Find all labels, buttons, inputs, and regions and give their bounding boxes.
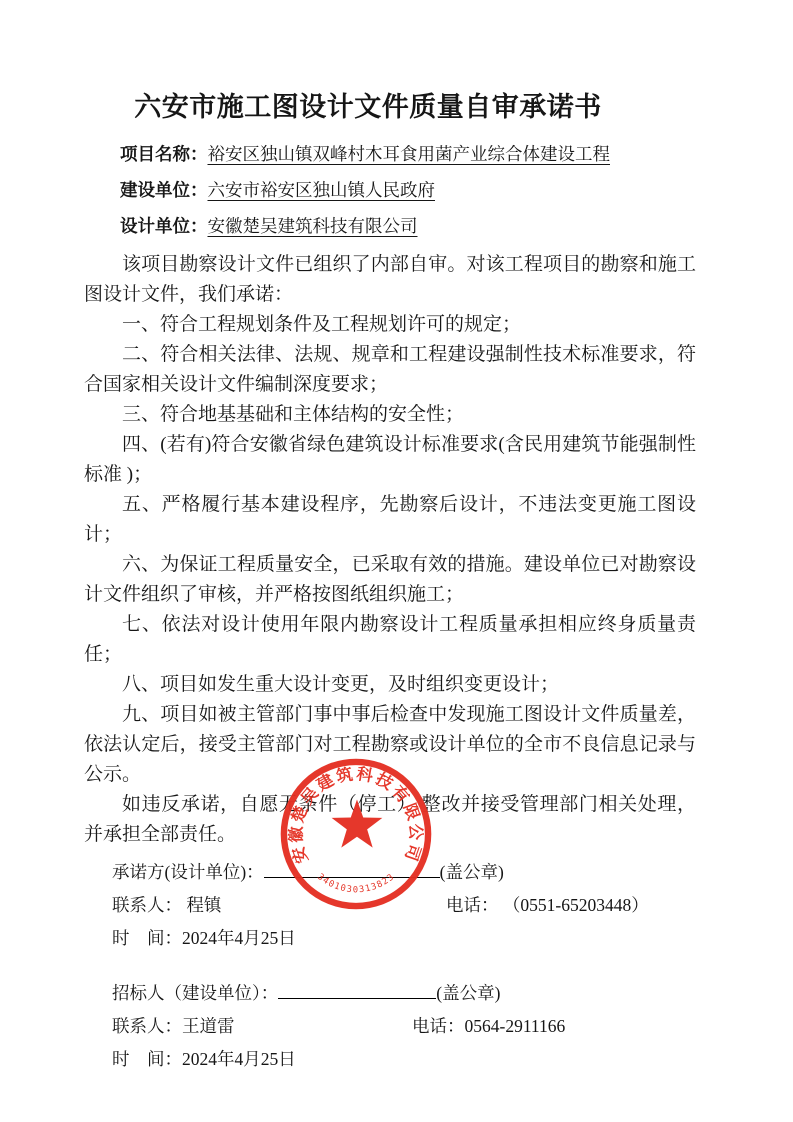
signature-line-label: 招标人（建设单位）： bbox=[112, 983, 278, 1003]
document-page: 六安市施工图设计文件质量自审承诺书 项目名称：裕安区独山镇双峰村木耳食用菌产业综… bbox=[0, 0, 793, 1122]
paragraph-item-7: 七、依法对设计使用年限内勘察设计工程质量承担相应终身质量责任； bbox=[84, 610, 696, 670]
seal-serial-number: 3401030313823 bbox=[315, 872, 397, 895]
paragraph-item-3: 三、符合地基基础和主体结构的安全性； bbox=[84, 400, 696, 430]
contact-person: 联系人： 程镇 bbox=[112, 895, 221, 915]
date-row: 时 间：2024年4月25日 bbox=[84, 1043, 712, 1076]
paragraph-item-4: 四、(若有)符合安徽省绿色建筑设计标准要求(含民用建筑节能强制性标准 )； bbox=[84, 430, 696, 490]
contact-person: 联系人：王道雷 bbox=[112, 1016, 235, 1036]
seal-note: (盖公章) bbox=[440, 862, 504, 882]
seal-star-icon bbox=[332, 799, 383, 847]
signature-block-construction-unit: 招标人（建设单位）：(盖公章) 联系人：王道雷 电话：0564-2911166 … bbox=[84, 977, 712, 1076]
date-value: 时 间：2024年4月25日 bbox=[112, 1049, 296, 1069]
contact-row: 联系人：王道雷 电话：0564-2911166 bbox=[84, 1010, 712, 1043]
signature-line-label: 承诺方(设计单位)： bbox=[112, 862, 264, 882]
paragraph-intro: 该项目勘察设计文件已组织了内部自审。对该工程项目的勘察和施工图设计文件，我们承诺… bbox=[84, 250, 696, 310]
field-label: 建设单位： bbox=[120, 180, 208, 200]
seal-note: (盖公章) bbox=[436, 983, 500, 1003]
paragraph-item-1: 一、符合工程规划条件及工程规划许可的规定； bbox=[84, 310, 696, 340]
signature-line-row: 招标人（建设单位）：(盖公章) bbox=[84, 977, 712, 1010]
field-project-name: 项目名称：裕安区独山镇双峰村木耳食用菌产业综合体建设工程 bbox=[120, 136, 712, 172]
field-label: 设计单位： bbox=[120, 216, 208, 236]
field-value: 六安市裕安区独山镇人民政府 bbox=[208, 180, 436, 200]
paragraph-item-2: 二、符合相关法律、法规、规章和工程建设强制性技术标准要求，符合国家相关设计文件编… bbox=[84, 340, 696, 400]
company-seal-stamp: 安徽楚吴建筑科技有限公司 3401030313823 bbox=[277, 755, 435, 913]
document-content: 六安市施工图设计文件质量自审承诺书 项目名称：裕安区独山镇双峰村木耳食用菌产业综… bbox=[84, 0, 712, 1076]
field-value: 裕安区独山镇双峰村木耳食用菌产业综合体建设工程 bbox=[208, 144, 611, 164]
paragraph-item-5: 五、严格履行基本建设程序，先勘察后设计，不违法变更施工图设计； bbox=[84, 490, 696, 550]
date-row: 时 间：2024年4月25日 bbox=[84, 922, 712, 955]
date-value: 时 间：2024年4月25日 bbox=[112, 928, 296, 948]
svg-text:3401030313823: 3401030313823 bbox=[315, 872, 397, 895]
header-fields: 项目名称：裕安区独山镇双峰村木耳食用菌产业综合体建设工程 建设单位：六安市裕安区… bbox=[84, 136, 712, 244]
signature-blank-line bbox=[278, 978, 436, 999]
field-label: 项目名称： bbox=[120, 144, 208, 164]
contact-phone: 电话：0564-2911166 bbox=[412, 1010, 565, 1043]
contact-phone: 电话： （0551-65203448） bbox=[446, 889, 649, 922]
field-value: 安徽楚吴建筑科技有限公司 bbox=[208, 216, 418, 236]
page-title: 六安市施工图设计文件质量自审承诺书 bbox=[84, 84, 652, 130]
paragraph-item-6: 六、为保证工程质量安全，已采取有效的措施。建设单位已对勘察设计文件组织了审核，并… bbox=[84, 550, 696, 610]
field-construction-unit: 建设单位：六安市裕安区独山镇人民政府 bbox=[120, 172, 712, 208]
paragraph-item-8: 八、项目如发生重大设计变更，及时组织变更设计； bbox=[84, 670, 696, 700]
field-design-unit: 设计单位：安徽楚吴建筑科技有限公司 bbox=[120, 208, 712, 244]
